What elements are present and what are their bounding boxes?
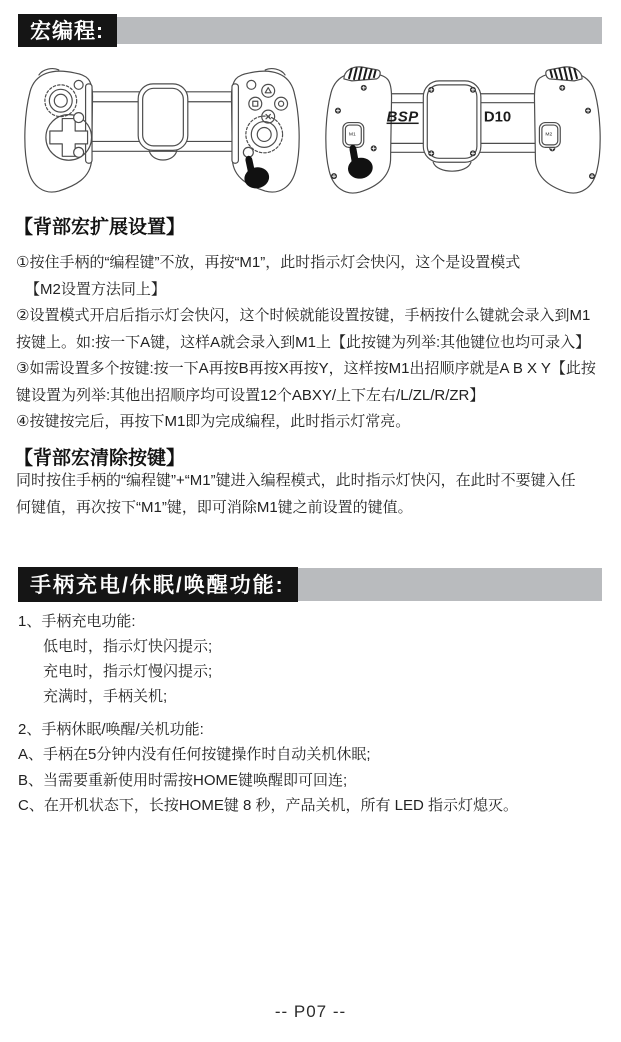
list-item: C、在开机状态下，长按HOME键 8 秒，产品关机，所有 LED 指示灯熄灭。 <box>18 793 613 818</box>
section-header-power: 手柄充电/休眠/唤醒功能: <box>18 568 602 601</box>
macro-clear-paragraph: 同时按住手柄的“编程键”+“M1”键进入编程模式，此时指示灯快闪，在此时不要键入… <box>16 468 613 521</box>
section-header-bar <box>298 568 602 601</box>
list-item: 充电时，指示灯慢闪提示; <box>18 659 613 684</box>
text-line: 键设置为列举:其他出招顺序均可设置12个ABXY/上下左右/L/ZL/R/ZR】 <box>16 383 613 410</box>
list-item: 低电时，指示灯快闪提示; <box>18 634 613 659</box>
right-trigger <box>546 67 582 81</box>
left-trigger <box>344 67 380 81</box>
center-plate <box>138 84 188 160</box>
text-line: 按键上。如:按一下A键，这样A就会录入到M1上【此按键为列举:其他键位也均可录入… <box>16 330 613 357</box>
right-joystick <box>246 116 283 153</box>
section-title-power: 手柄充电/休眠/唤醒功能: <box>18 567 298 602</box>
text-line: ④按键按完后，再按下M1即为完成编程，此时指示灯常亮。 <box>16 409 613 436</box>
m1-button: M1 <box>343 123 364 148</box>
section-header-bar <box>117 17 602 44</box>
section-title-macro: 宏编程: <box>18 14 117 47</box>
brand-logo-text: BSP <box>387 110 419 126</box>
controller-front-drawing <box>23 65 301 196</box>
list-item: A、手柄在5分钟内没有任何按键操作时自动关机休眠; <box>18 742 613 767</box>
figure-controller-front <box>23 65 301 196</box>
list-item: B、当需要重新使用时需按HOME键唤醒即可回连; <box>18 768 613 793</box>
subsection-heading-macro-expand: 【背部宏扩展设置】 <box>14 212 185 239</box>
figure-controller-back: BSP D10 M1 M2 <box>324 65 602 196</box>
text-line: 同时按住手柄的“编程键”+“M1”键进入编程模式，此时指示灯快闪，在此时不要键入… <box>16 468 613 495</box>
list-item: 充满时，手柄关机; <box>18 684 613 709</box>
controller-back-drawing: BSP D10 M1 M2 <box>324 65 602 196</box>
page-number: -- P07 -- <box>0 1002 621 1022</box>
text-line: ①按住手柄的“编程键”不放，再按“M1”，此时指示灯会快闪，这个是设置模式 <box>16 250 613 277</box>
text-line: 【M2设置方法同上】 <box>16 277 613 304</box>
section-header-macro: 宏编程: <box>18 15 602 46</box>
text-line: ③如需设置多个按键:按一下A再按B再按X再按Y，这样按M1出招顺序就是A B X… <box>16 356 613 383</box>
list-item: 1、手柄充电功能: <box>18 609 613 634</box>
subsection-heading-macro-clear: 【背部宏清除按键】 <box>14 443 185 470</box>
text-line: ②设置模式开启后指示灯会快闪，这个时候就能设置按键，手柄按什么键就会录入到M1 <box>16 303 613 330</box>
sleep-wake-list: 2、手柄休眠/唤醒/关机功能: A、手柄在5分钟内没有任何按键操作时自动关机休眠… <box>18 717 613 819</box>
m1-label: M1 <box>349 131 356 137</box>
list-item: 2、手柄休眠/唤醒/关机功能: <box>18 717 613 742</box>
m2-button: M2 <box>539 123 560 148</box>
text-line: 何键值，再次按下“M1”键，即可消除M1键之前设置的键值。 <box>16 495 613 522</box>
hinge-plate <box>423 81 481 171</box>
dpad <box>46 115 92 161</box>
charging-list: 1、手柄充电功能: 低电时，指示灯快闪提示; 充电时，指示灯慢闪提示; 充满时，… <box>18 609 613 709</box>
macro-expand-paragraph: ①按住手柄的“编程键”不放，再按“M1”，此时指示灯会快闪，这个是设置模式 【M… <box>16 250 613 436</box>
model-label: D10 <box>484 110 511 126</box>
m2-label: M2 <box>545 131 552 137</box>
